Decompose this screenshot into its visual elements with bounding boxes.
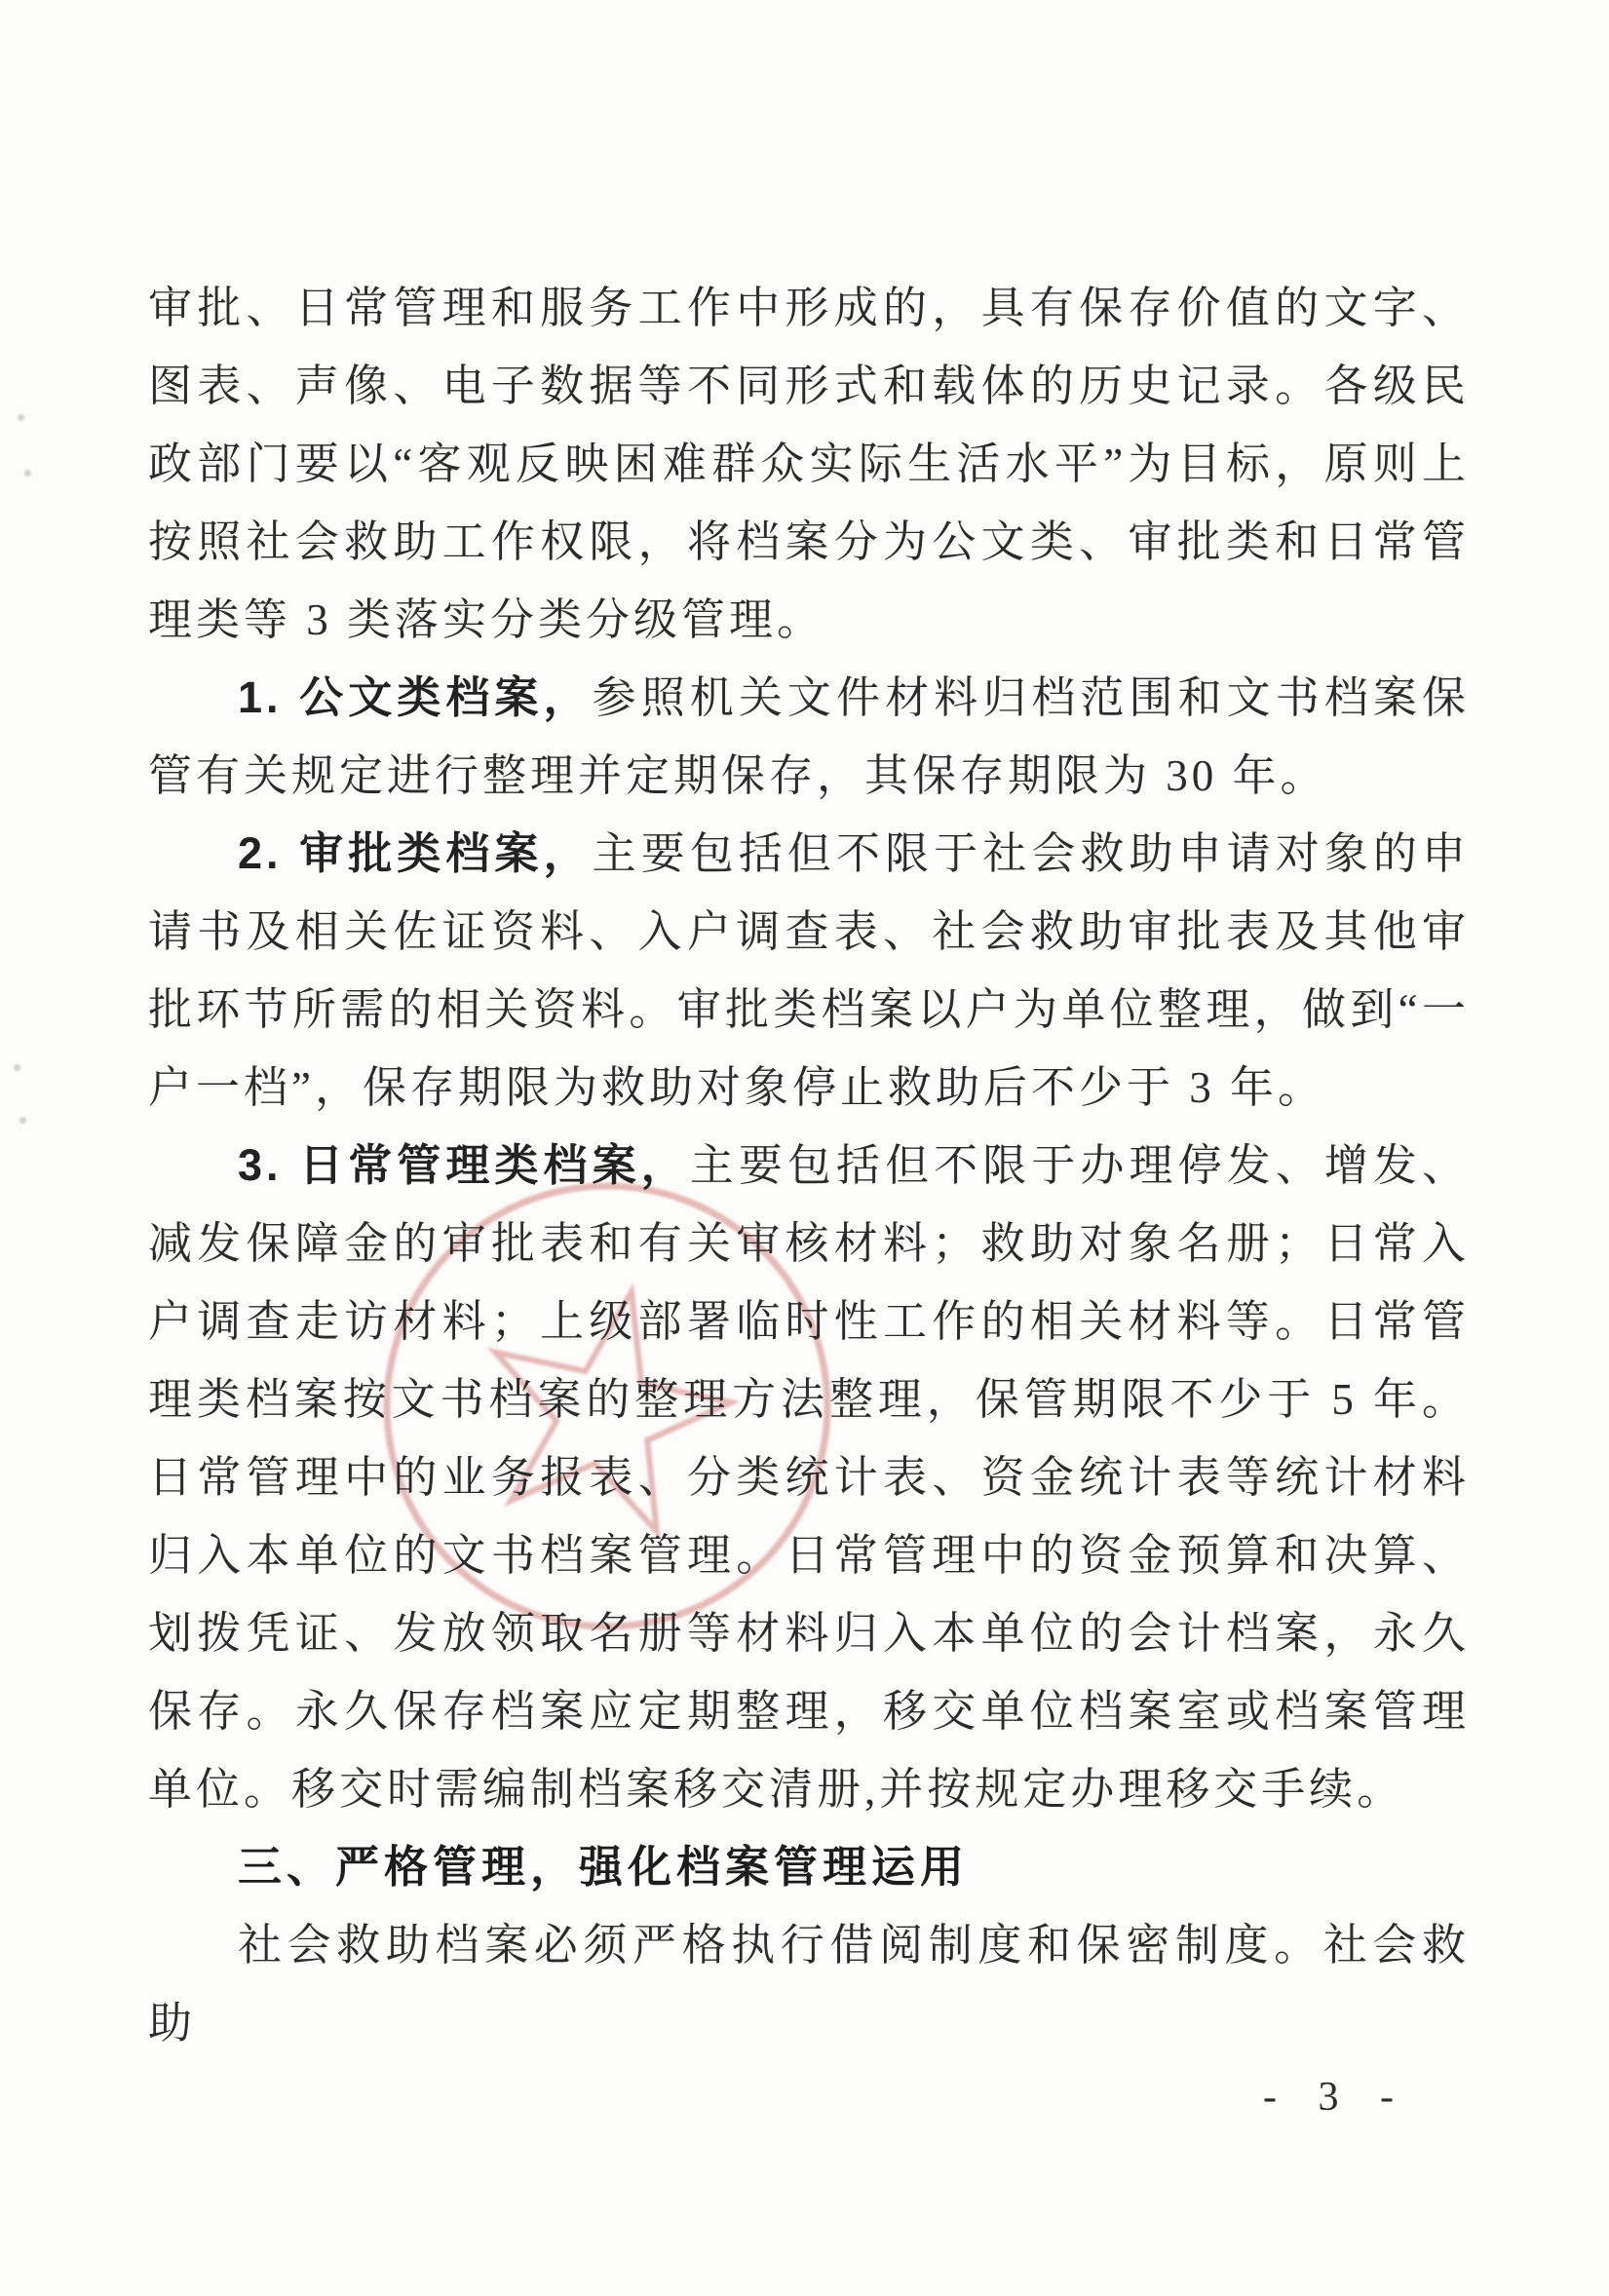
scan-speck <box>24 470 31 477</box>
scan-speck <box>19 1117 26 1124</box>
section-heading: 三、严格管理，强化档案管理运用 <box>148 1828 1470 1906</box>
paragraph-strict-management: 社会救助档案必须严格执行借阅制度和保密制度。社会救助 <box>148 1906 1470 2062</box>
paragraph-lead-bold: 2. 审批类档案， <box>238 828 593 878</box>
paragraph-lead-bold: 3. 日常管理类档案， <box>238 1140 690 1190</box>
paragraph-lead-bold: 1. 公文类档案， <box>238 672 593 722</box>
document-body: 审批、日常管理和服务工作中形成的，具有保存价值的文字、图表、声像、电子数据等不同… <box>148 269 1470 2062</box>
paragraph-gongwen-archives: 1. 公文类档案，参照机关文件材料归档范围和文书档案保管有关规定进行整理并定期保… <box>148 659 1470 815</box>
paragraph-text: 审批、日常管理和服务工作中形成的，具有保存价值的文字、图表、声像、电子数据等不同… <box>148 284 1470 644</box>
scan-speck <box>14 1064 20 1071</box>
paragraph-text: 主要包括但不限于办理停发、增发、减发保障金的审批表和有关审核材料；救助对象名册；… <box>148 1141 1470 1814</box>
paragraph-shenpi-archives: 2. 审批类档案，主要包括但不限于社会救助申请对象的申请书及相关佐证资料、入户调… <box>148 815 1470 1127</box>
paragraph-richang-archives: 3. 日常管理类档案，主要包括但不限于办理停发、增发、减发保障金的审批表和有关审… <box>148 1127 1470 1828</box>
document-page: 审批、日常管理和服务工作中形成的，具有保存价值的文字、图表、声像、电子数据等不同… <box>0 0 1609 2296</box>
paragraph-text: 社会救助档案必须严格执行借阅制度和保密制度。社会救助 <box>148 1921 1470 2047</box>
scan-speck <box>18 414 24 421</box>
paragraph-intro: 审批、日常管理和服务工作中形成的，具有保存价值的文字、图表、声像、电子数据等不同… <box>148 269 1470 659</box>
section-heading-text: 三、严格管理，强化档案管理运用 <box>238 1842 969 1892</box>
page-number: - 3 - <box>1263 2074 1409 2121</box>
